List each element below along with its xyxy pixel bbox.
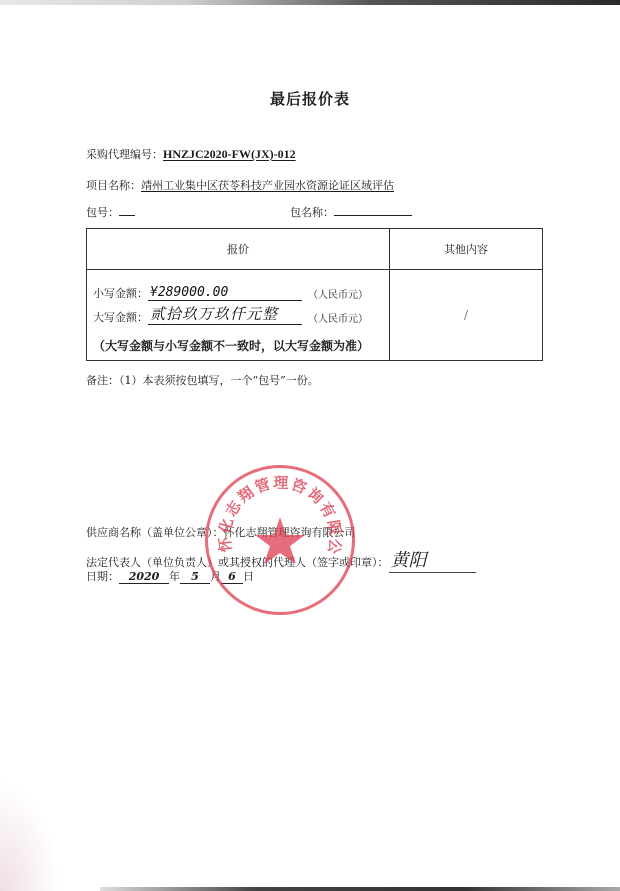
scan-edge-bottom <box>100 887 620 891</box>
amount-precedence-note: （大写金额与小写金额不一致时，以大写金额为准） <box>93 337 383 354</box>
star-icon <box>255 517 305 564</box>
big-amount-unit: （人民币元） <box>308 310 368 325</box>
small-amount-label: 小写金额： <box>93 285 148 301</box>
other-content-cell[interactable]: / <box>390 270 543 361</box>
big-amount-field[interactable]: 贰拾玖万玖仟元整 <box>148 303 302 325</box>
scan-edge-top <box>0 0 620 5</box>
package-no-line: 包号： <box>86 204 135 220</box>
package-no-field[interactable] <box>119 214 135 216</box>
small-amount-unit: （人民币元） <box>308 286 368 301</box>
small-amount-field[interactable]: ¥289000.00 <box>148 285 302 301</box>
big-amount-label: 大写金额： <box>93 309 148 325</box>
header-quote: 报价 <box>87 229 390 270</box>
big-amount-row: 大写金额： 贰拾玖万玖仟元整 （人民币元） <box>93 301 383 325</box>
document-title: 最后报价表 <box>0 88 620 109</box>
procurement-code-label: 采购代理编号： <box>86 148 163 161</box>
representative-signature[interactable]: 黄阳 <box>389 546 476 573</box>
scan-shadow <box>0 780 60 891</box>
quote-table: 报价 其他内容 小写金额： ¥289000.00 （人民币元） 大写金额： 贰拾… <box>86 228 543 361</box>
procurement-code-line: 采购代理编号：HNZJC2020-FW(JX)-012 <box>86 146 296 162</box>
date-year-suffix: 年 <box>169 570 180 583</box>
package-name-line: 包名称： <box>290 204 412 220</box>
supplier-name-label: 供应商名称（盖单位公章）： <box>86 526 224 539</box>
small-amount-row: 小写金额： ¥289000.00 （人民币元） <box>93 277 383 301</box>
project-name-line: 项目名称：靖州工业集中区茯苓科技产业园水资源论证区域评估 <box>86 177 394 193</box>
price-cell: 小写金额： ¥289000.00 （人民币元） 大写金额： 贰拾玖万玖仟元整 （… <box>87 270 390 361</box>
header-other-content: 其他内容 <box>390 229 543 270</box>
project-name-label: 项目名称： <box>86 179 141 192</box>
seal-graphic: 怀化志翔管理咨询有限公司 <box>205 465 355 615</box>
project-name-value: 靖州工业集中区茯苓科技产业园水资源论证区域评估 <box>141 179 394 192</box>
package-name-label: 包名称： <box>290 206 334 219</box>
procurement-code-value: HNZJC2020-FW(JX)-012 <box>163 147 296 161</box>
package-name-field[interactable] <box>334 214 412 216</box>
company-seal: 怀化志翔管理咨询有限公司 <box>205 465 355 615</box>
date-label: 日期： <box>86 570 119 583</box>
date-year-field[interactable]: 2020 <box>119 570 169 584</box>
remark: 备注：（1）本表须按包填写，一个“包号”一份。 <box>86 372 319 388</box>
package-no-label: 包号： <box>86 206 119 219</box>
